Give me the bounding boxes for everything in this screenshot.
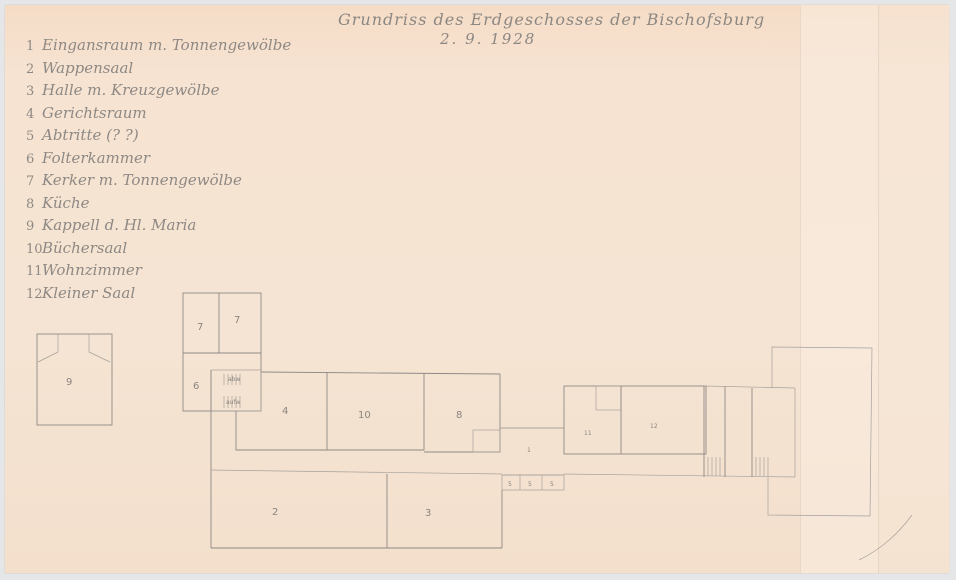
room-latrines-5: 5 5 5 [502,475,564,490]
room-coat-of-arms-hall-2: 2 [272,474,387,548]
room-torture-6: 6 abw aufw [183,353,261,411]
staircase: abw aufw [224,374,240,408]
room-entrance-1: 1 [500,428,564,475]
room-dungeon-7: 7 7 [183,293,261,353]
pencil-stroke [859,515,912,560]
floor-plan: 9 7 7 6 abw aufw [0,0,956,580]
svg-text:5: 5 [528,481,532,488]
svg-text:4: 4 [282,406,288,417]
room-library-10: 10 [327,373,424,450]
svg-text:9: 9 [66,377,72,388]
svg-text:2: 2 [272,507,278,518]
room-kitchen-8: 8 [424,410,500,452]
svg-text:12: 12 [650,423,658,430]
svg-text:5: 5 [508,481,512,488]
svg-text:7: 7 [197,322,203,333]
staircase [708,457,768,476]
east-wing: 11 12 [564,347,872,516]
main-building [0,370,564,548]
room-hall-3: 3 [425,508,431,519]
svg-text:1: 1 [527,447,531,454]
svg-text:3: 3 [425,508,431,519]
svg-text:5: 5 [550,481,554,488]
svg-text:6: 6 [193,381,199,392]
svg-text:aufw: aufw [226,399,240,406]
svg-text:abw: abw [228,376,240,383]
svg-text:8: 8 [456,410,462,421]
svg-text:11: 11 [584,430,592,437]
svg-text:10: 10 [358,410,371,421]
svg-text:7: 7 [234,315,240,326]
